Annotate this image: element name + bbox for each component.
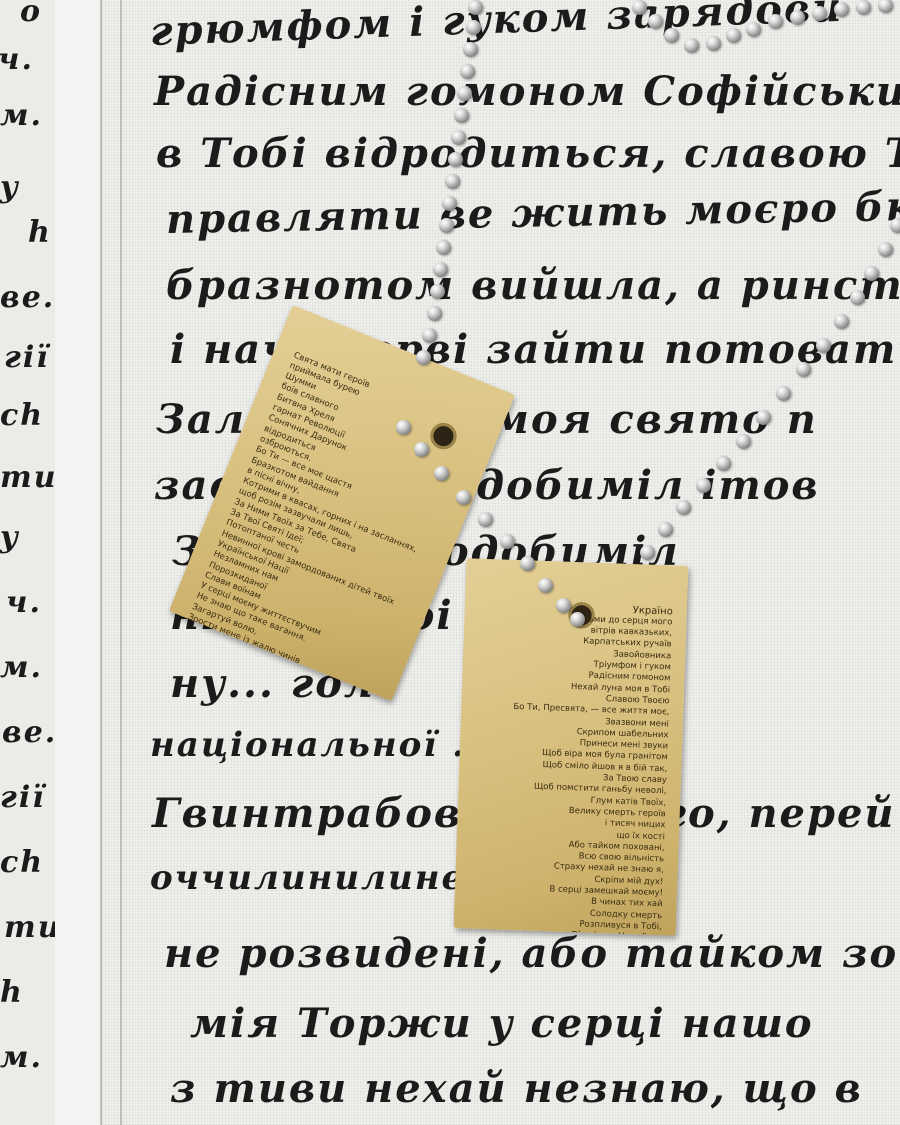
script-fragment: ве.: [2, 715, 55, 750]
script-fragment: ч.: [0, 42, 34, 77]
script-line: в Тобі відродиться, славою Твоє: [156, 130, 900, 177]
script-fragment: у: [0, 170, 20, 205]
brass-tag-right: УкраїноВізьми до серця моговітрів кавказ…: [454, 558, 689, 936]
script-fragment: м.: [0, 98, 43, 133]
seam-line: [120, 0, 122, 1125]
script-fragment: гії: [0, 780, 46, 815]
script-line: правляти ве жить моєро бка;: [166, 182, 900, 243]
left-fabric-strip: о ч. м. у h ве. гії ch тиж у ч. м. ве. г…: [0, 0, 55, 1125]
script-fragment: ве.: [0, 280, 55, 315]
script-line: Радісним гомоном Софійських: [154, 68, 900, 115]
script-fragment: ch: [0, 398, 44, 433]
script-line: з тиви нехай незнаю, що в: [170, 1065, 863, 1112]
script-fragment: тиж: [0, 460, 55, 495]
script-fragment: h: [28, 215, 52, 250]
fabric-fold: [55, 0, 102, 1125]
script-line: грюмфом і гуком зарядови: [150, 0, 844, 55]
script-fragment: о: [20, 0, 42, 29]
script-fragment: м.: [0, 650, 43, 685]
script-fragment: h: [0, 975, 24, 1010]
script-fragment: м.: [0, 1040, 43, 1075]
seam-line: [100, 0, 102, 1125]
tag-engraving-right: УкраїноВізьми до серця моговітрів кавказ…: [505, 578, 674, 936]
script-fragment: ч.: [6, 585, 42, 620]
script-line: мія Торжи у серці нашо: [190, 1000, 814, 1047]
script-fragment: тиж: [4, 910, 55, 945]
script-fragment: гії: [4, 340, 50, 375]
script-fragment: ch: [0, 845, 44, 880]
script-line: бразнотом вийшла, а ринстим: [166, 262, 900, 309]
script-fragment: у: [0, 520, 20, 555]
script-line: не розвидені, або тайком зогр: [164, 930, 900, 977]
